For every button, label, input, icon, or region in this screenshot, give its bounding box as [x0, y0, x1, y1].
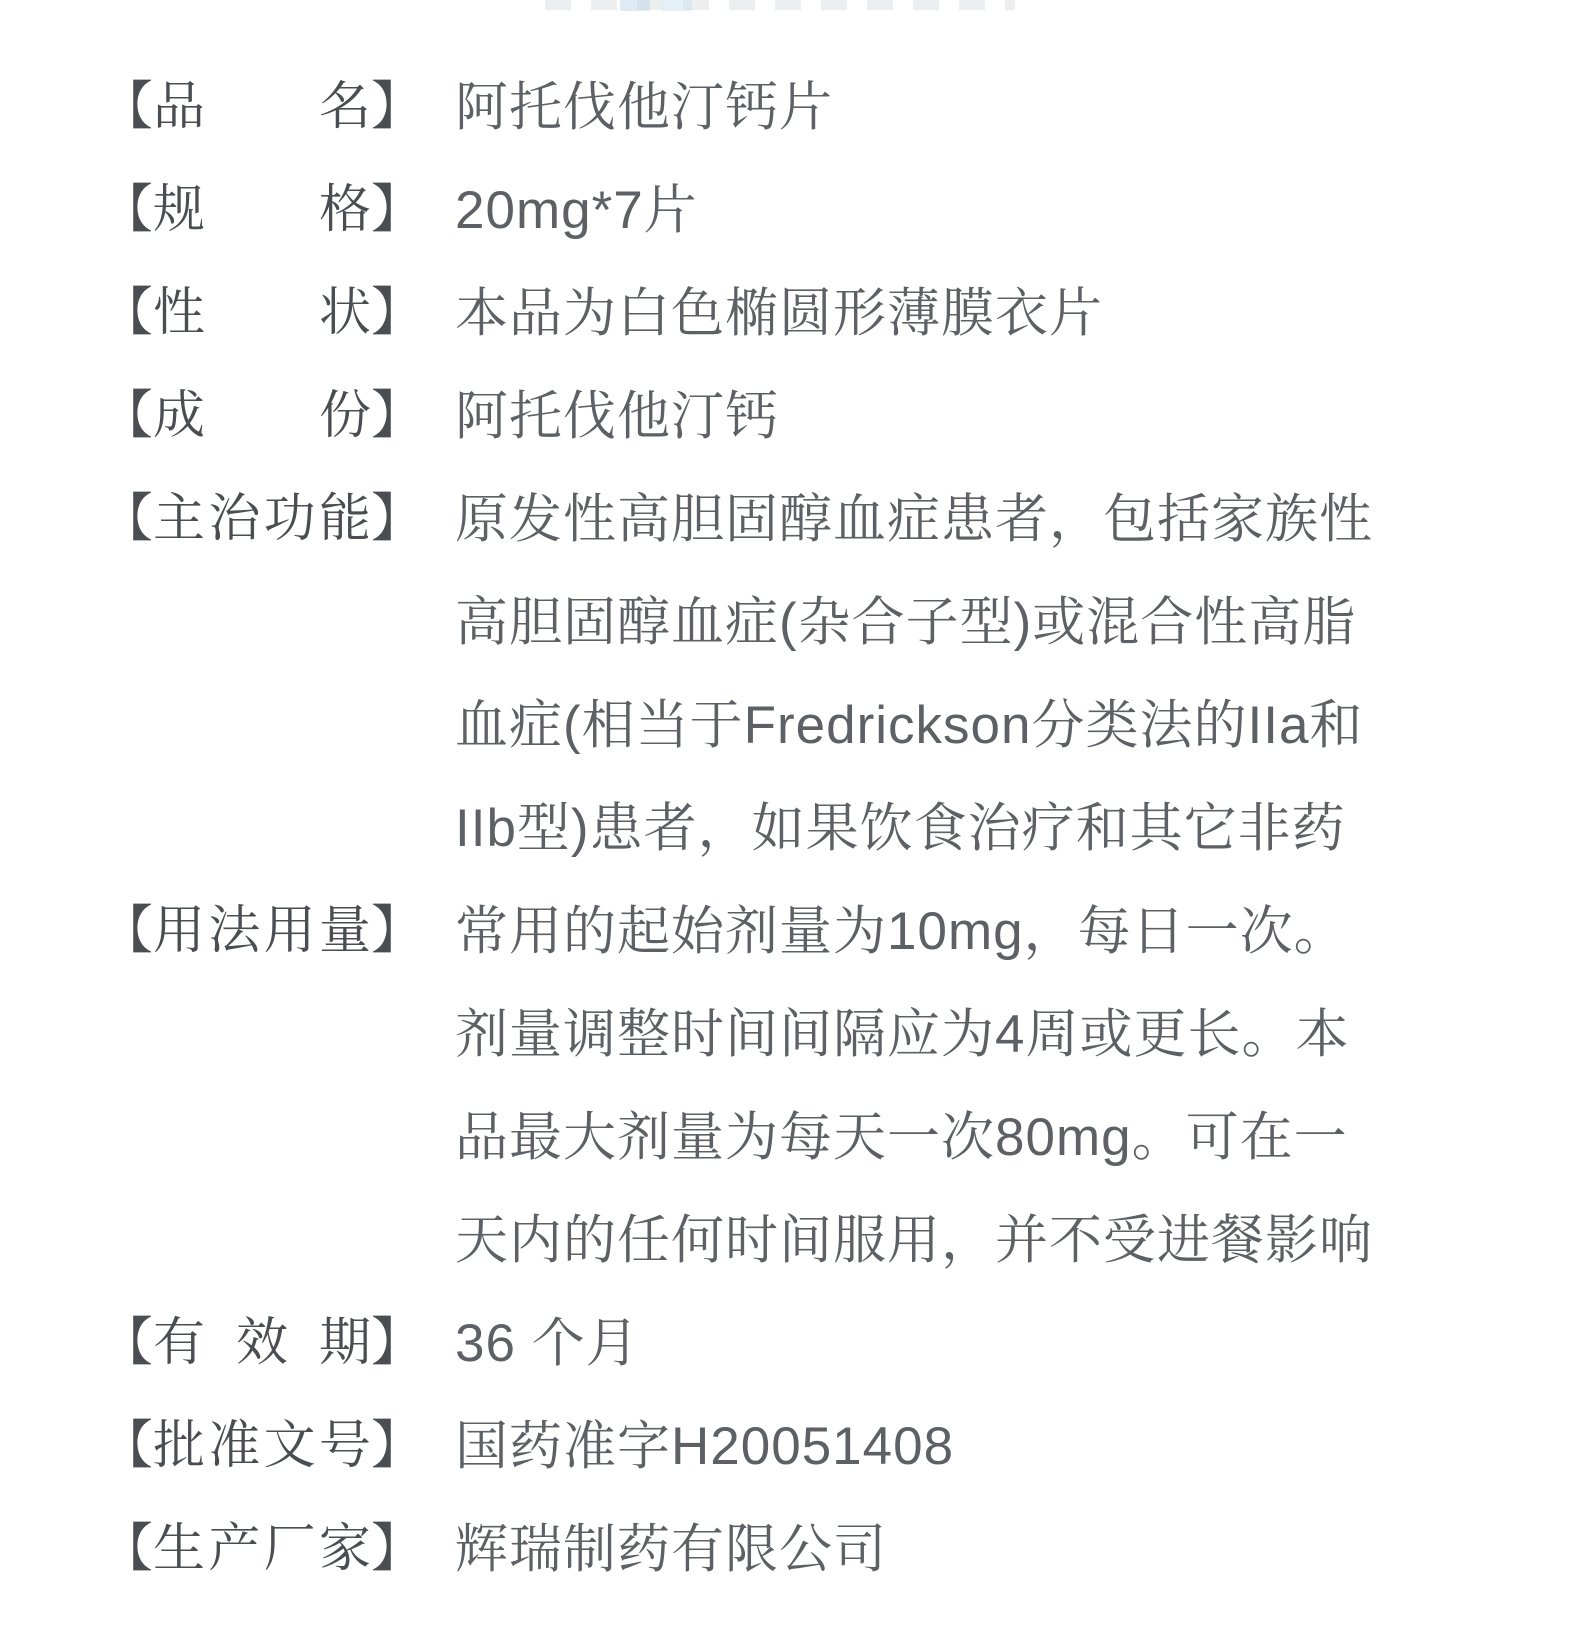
field-value-product-name: 阿托伐他汀钙片: [455, 56, 833, 159]
field-value-indications: 原发性高胆固醇血症患者，包括家族性 高胆固醇血症(杂合子型)或混合性高脂 血症(…: [455, 468, 1373, 880]
field-label-approval-number: 【批准文号】: [0, 1395, 423, 1498]
field-label-text: 用法用量: [153, 880, 371, 983]
close-bracket: 】: [371, 880, 423, 983]
drug-information-sheet: 【品名】 阿托伐他汀钙片 【规格】 20mg*7片 【性状】 本品为白色椭圆形薄…: [0, 0, 1581, 1639]
field-row-ingredients: 【成份】 阿托伐他汀钙: [0, 365, 1581, 468]
field-label-text: 性状: [153, 262, 371, 365]
close-bracket: 】: [371, 1395, 423, 1498]
close-bracket: 】: [371, 262, 423, 365]
field-label-text: 成份: [153, 365, 371, 468]
open-bracket: 【: [101, 262, 153, 365]
field-value-shelf-life: 36 个月: [455, 1292, 640, 1395]
field-value-specification: 20mg*7片: [455, 159, 698, 262]
field-label-product-name: 【品名】: [0, 56, 423, 159]
open-bracket: 【: [101, 56, 153, 159]
field-row-shelf-life: 【有效期】 36 个月: [0, 1292, 1581, 1395]
field-label-indications: 【主治功能】: [0, 468, 423, 571]
open-bracket: 【: [101, 159, 153, 262]
field-row-specification: 【规格】 20mg*7片: [0, 159, 1581, 262]
close-bracket: 】: [371, 1498, 423, 1601]
field-value-appearance: 本品为白色椭圆形薄膜衣片: [455, 262, 1103, 365]
open-bracket: 【: [101, 880, 153, 983]
field-value-dosage: 常用的起始剂量为10mg，每日一次。 剂量调整时间间隔应为4周或更长。本 品最大…: [455, 880, 1373, 1292]
field-row-indications: 【主治功能】 原发性高胆固醇血症患者，包括家族性 高胆固醇血症(杂合子型)或混合…: [0, 468, 1581, 880]
field-label-text: 规格: [153, 159, 371, 262]
field-label-ingredients: 【成份】: [0, 365, 423, 468]
field-value-manufacturer: 辉瑞制药有限公司: [455, 1498, 887, 1601]
field-value-approval-number: 国药准字H20051408: [455, 1395, 954, 1498]
field-row-approval-number: 【批准文号】 国药准字H20051408: [0, 1395, 1581, 1498]
field-label-dosage: 【用法用量】: [0, 880, 423, 983]
close-bracket: 】: [371, 159, 423, 262]
close-bracket: 】: [371, 1292, 423, 1395]
cropped-text-remnant: [545, 0, 1015, 10]
open-bracket: 【: [101, 365, 153, 468]
field-label-text: 批准文号: [153, 1395, 371, 1498]
field-row-dosage: 【用法用量】 常用的起始剂量为10mg，每日一次。 剂量调整时间间隔应为4周或更…: [0, 880, 1581, 1292]
drug-info-list: 【品名】 阿托伐他汀钙片 【规格】 20mg*7片 【性状】 本品为白色椭圆形薄…: [0, 0, 1581, 1601]
field-row-appearance: 【性状】 本品为白色椭圆形薄膜衣片: [0, 262, 1581, 365]
open-bracket: 【: [101, 1292, 153, 1395]
close-bracket: 】: [371, 365, 423, 468]
open-bracket: 【: [101, 468, 153, 571]
cropped-text-remnant-accent: [620, 0, 692, 11]
open-bracket: 【: [101, 1395, 153, 1498]
field-label-appearance: 【性状】: [0, 262, 423, 365]
field-label-manufacturer: 【生产厂家】: [0, 1498, 423, 1601]
close-bracket: 】: [371, 56, 423, 159]
field-label-text: 有效期: [153, 1292, 371, 1395]
field-label-shelf-life: 【有效期】: [0, 1292, 423, 1395]
field-row-manufacturer: 【生产厂家】 辉瑞制药有限公司: [0, 1498, 1581, 1601]
field-value-ingredients: 阿托伐他汀钙: [455, 365, 779, 468]
field-label-text: 品名: [153, 56, 371, 159]
field-row-product-name: 【品名】 阿托伐他汀钙片: [0, 56, 1581, 159]
open-bracket: 【: [101, 1498, 153, 1601]
field-label-text: 生产厂家: [153, 1498, 371, 1601]
close-bracket: 】: [371, 468, 423, 571]
field-label-specification: 【规格】: [0, 159, 423, 262]
field-label-text: 主治功能: [153, 468, 371, 571]
